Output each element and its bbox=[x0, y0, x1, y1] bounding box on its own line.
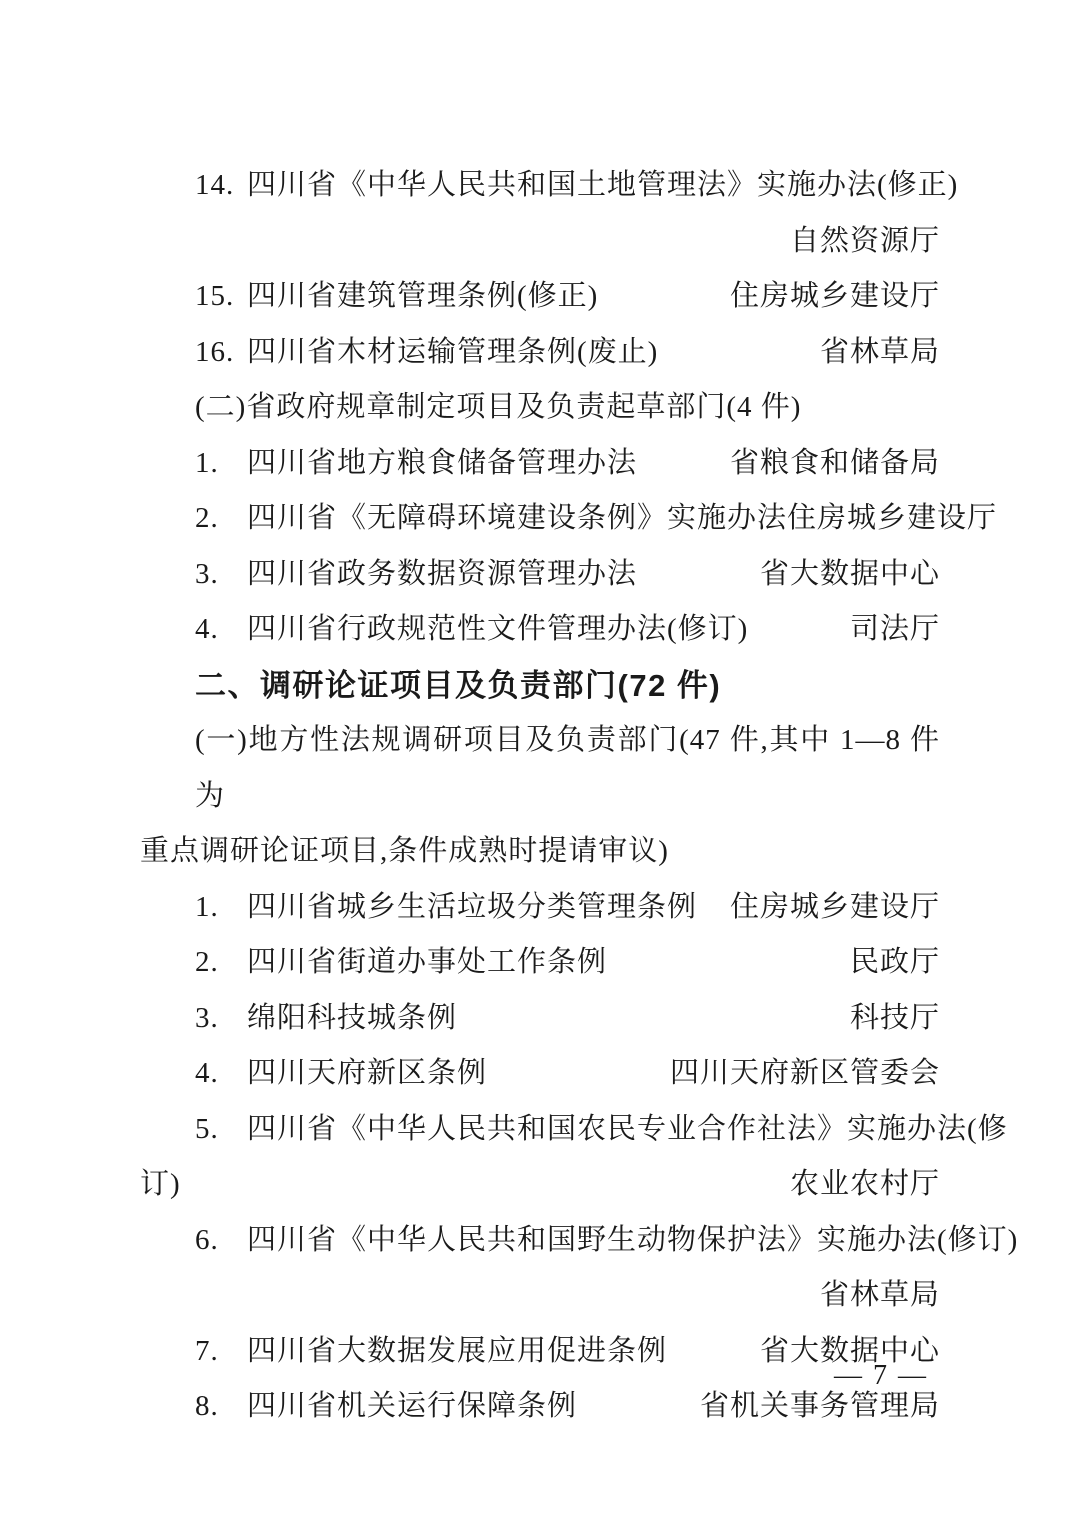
document-page: 14.四川省《中华人民共和国土地管理法》实施办法(修正)自然资源厅15.四川省建… bbox=[0, 0, 1080, 1527]
list-item: 3.绵阳科技城条例科技厅 bbox=[140, 991, 940, 1047]
item-text: 1.四川省城乡生活垃圾分类管理条例 bbox=[195, 880, 697, 936]
item-title: 四川省《无障碍环境建设条例》实施办法 bbox=[247, 502, 787, 534]
item-text: 2.四川省《无障碍环境建设条例》实施办法 bbox=[195, 491, 787, 547]
item-text: 3.绵阳科技城条例 bbox=[195, 991, 457, 1047]
item-title: 四川省地方粮食储备管理办法 bbox=[247, 447, 637, 479]
item-title: 四川省行政规范性文件管理办法(修订) bbox=[247, 613, 748, 645]
list-item: 2.四川省《无障碍环境建设条例》实施办法住房城乡建设厅 bbox=[140, 491, 940, 547]
sub-heading-line: 重点调研论证项目,条件成熟时提请审议) bbox=[140, 824, 940, 880]
item-text: 1.四川省地方粮食储备管理办法 bbox=[195, 436, 637, 492]
list-item: 7.四川省大数据发展应用促进条例省大数据中心 bbox=[140, 1324, 940, 1380]
list-item: 4.四川省行政规范性文件管理办法(修订)司法厅 bbox=[140, 602, 940, 658]
item-department: 省林草局 bbox=[820, 325, 940, 381]
item-title: 四川天府新区条例 bbox=[247, 1057, 487, 1089]
item-number: 3. bbox=[195, 547, 247, 603]
item-text: 3.四川省政务数据资源管理办法 bbox=[195, 547, 637, 603]
list-item: 2.四川省街道办事处工作条例民政厅 bbox=[140, 935, 940, 991]
item-department: 自然资源厅 bbox=[790, 225, 940, 257]
item-text: 4.四川省行政规范性文件管理办法(修订) bbox=[195, 602, 748, 658]
item-department-line: 自然资源厅 bbox=[140, 214, 940, 270]
item-department: 四川天府新区管委会 bbox=[670, 1046, 940, 1102]
item-title: 四川省机关运行保障条例 bbox=[247, 1390, 577, 1422]
item-department: 省大数据中心 bbox=[760, 547, 940, 603]
list-item: 16.四川省木材运输管理条例(废止)省林草局 bbox=[140, 325, 940, 381]
sub-heading-line: (一)地方性法规调研项目及负责部门(47 件,其中 1—8 件为 bbox=[140, 713, 940, 824]
item-title: 绵阳科技城条例 bbox=[247, 1002, 457, 1034]
item-title: 四川省街道办事处工作条例 bbox=[247, 946, 607, 978]
item-title: 四川省大数据发展应用促进条例 bbox=[247, 1335, 667, 1367]
list-item: 4.四川天府新区条例四川天府新区管委会 bbox=[140, 1046, 940, 1102]
list-item: 6.四川省《中华人民共和国野生动物保护法》实施办法(修订) bbox=[140, 1213, 940, 1269]
item-text: 15.四川省建筑管理条例(修正) bbox=[195, 269, 598, 325]
item-title: 四川省《中华人民共和国野生动物保护法》实施办法(修订) bbox=[247, 1224, 1018, 1256]
item-department: 司法厅 bbox=[850, 602, 940, 658]
list-item: 15.四川省建筑管理条例(修正)住房城乡建设厅 bbox=[140, 269, 940, 325]
item-text: 16.四川省木材运输管理条例(废止) bbox=[195, 325, 658, 381]
item-text: 2.四川省街道办事处工作条例 bbox=[195, 935, 607, 991]
item-number: 6. bbox=[195, 1213, 247, 1269]
item-number: 1. bbox=[195, 880, 247, 936]
item-number: 4. bbox=[195, 602, 247, 658]
item-number: 1. bbox=[195, 436, 247, 492]
list-item-continuation: 订)农业农村厅 bbox=[140, 1157, 940, 1213]
list-item: 3.四川省政务数据资源管理办法省大数据中心 bbox=[140, 547, 940, 603]
list-item: 1.四川省城乡生活垃圾分类管理条例住房城乡建设厅 bbox=[140, 880, 940, 936]
page-number: — 7 — bbox=[834, 1356, 928, 1396]
item-number: 5. bbox=[195, 1102, 247, 1158]
item-department: 省林草局 bbox=[820, 1279, 940, 1311]
item-number: 3. bbox=[195, 991, 247, 1047]
item-department: 民政厅 bbox=[850, 935, 940, 991]
list-item: 8.四川省机关运行保障条例省机关事务管理局 bbox=[140, 1379, 940, 1435]
list-item: 14.四川省《中华人民共和国土地管理法》实施办法(修正) bbox=[140, 158, 940, 214]
sub-heading-line: (二)省政府规章制定项目及负责起草部门(4 件) bbox=[140, 380, 940, 436]
document-content: 14.四川省《中华人民共和国土地管理法》实施办法(修正)自然资源厅15.四川省建… bbox=[140, 158, 940, 1435]
item-number: 4. bbox=[195, 1046, 247, 1102]
item-number: 7. bbox=[195, 1324, 247, 1380]
item-department: 科技厅 bbox=[850, 991, 940, 1047]
item-department: 农业农村厅 bbox=[790, 1157, 940, 1213]
item-department: 住房城乡建设厅 bbox=[730, 880, 940, 936]
item-number: 2. bbox=[195, 491, 247, 547]
item-number: 2. bbox=[195, 935, 247, 991]
item-department: 住房城乡建设厅 bbox=[787, 491, 997, 547]
item-text: 4.四川天府新区条例 bbox=[195, 1046, 487, 1102]
section-heading: 二、调研论证项目及负责部门(72 件) bbox=[140, 658, 940, 714]
item-title: 四川省建筑管理条例(修正) bbox=[247, 280, 598, 312]
item-department: 住房城乡建设厅 bbox=[730, 269, 940, 325]
list-item: 5.四川省《中华人民共和国农民专业合作社法》实施办法(修 bbox=[140, 1102, 940, 1158]
item-department-line: 省林草局 bbox=[140, 1268, 940, 1324]
item-text: 7.四川省大数据发展应用促进条例 bbox=[195, 1324, 667, 1380]
item-title: 四川省城乡生活垃圾分类管理条例 bbox=[247, 891, 697, 923]
item-number: 15. bbox=[195, 269, 247, 325]
item-title: 四川省木材运输管理条例(废止) bbox=[247, 336, 658, 368]
item-title-continuation: 订) bbox=[140, 1157, 181, 1213]
item-number: 14. bbox=[195, 158, 247, 214]
item-title: 四川省《中华人民共和国农民专业合作社法》实施办法(修 bbox=[247, 1113, 1008, 1145]
item-title: 四川省《中华人民共和国土地管理法》实施办法(修正) bbox=[247, 169, 958, 201]
item-text: 8.四川省机关运行保障条例 bbox=[195, 1379, 577, 1435]
item-department: 省粮食和储备局 bbox=[730, 436, 940, 492]
item-number: 8. bbox=[195, 1379, 247, 1435]
item-title: 四川省政务数据资源管理办法 bbox=[247, 558, 637, 590]
list-item: 1.四川省地方粮食储备管理办法省粮食和储备局 bbox=[140, 436, 940, 492]
item-number: 16. bbox=[195, 325, 247, 381]
